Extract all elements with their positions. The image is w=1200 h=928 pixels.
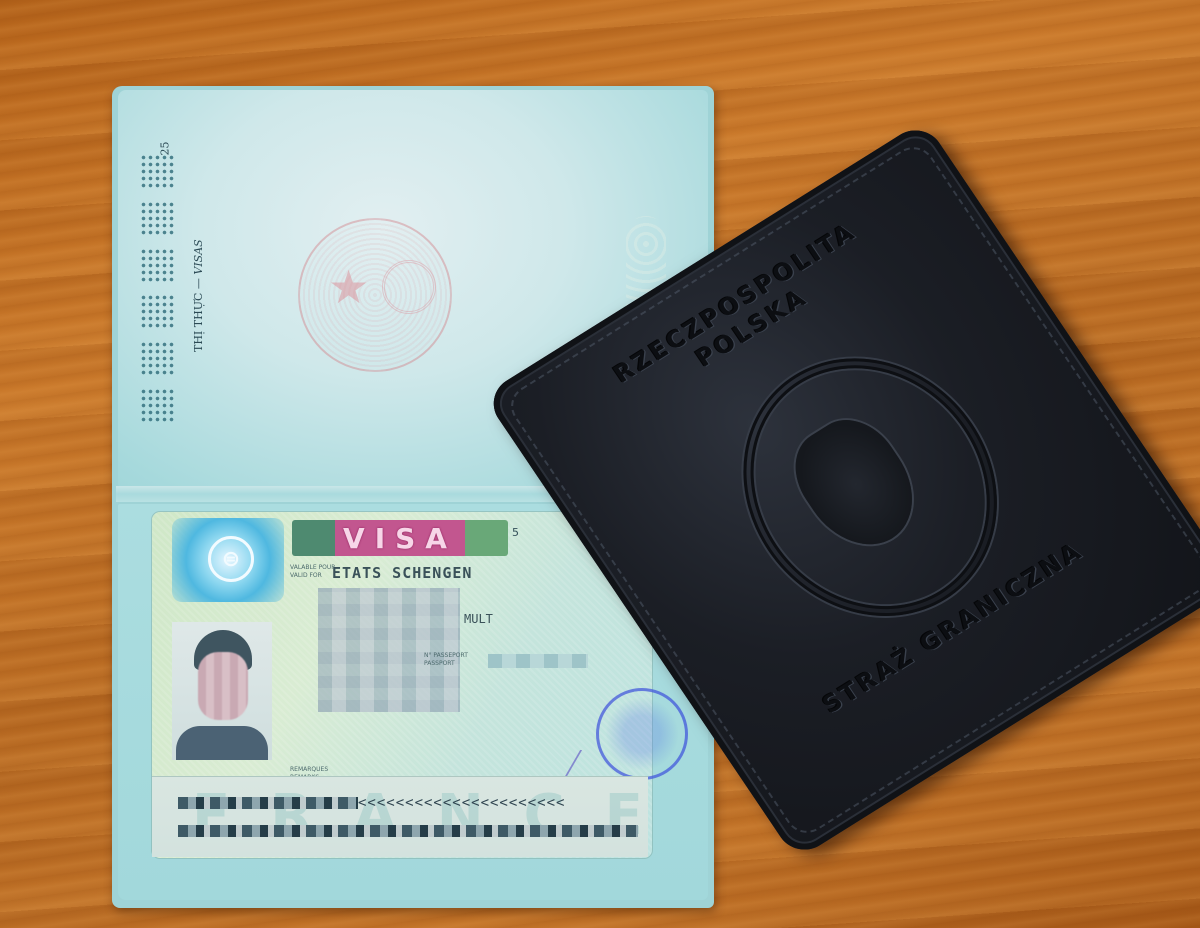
- page-heading-en: VISAS: [192, 239, 205, 274]
- gear-icon: [382, 260, 436, 314]
- holder-photo: [172, 622, 272, 760]
- mrz-line-2: [178, 823, 638, 839]
- perforation-digit: [140, 248, 176, 284]
- page-heading-vn: THỊ THỰC —: [192, 278, 205, 352]
- perforated-serial-number: [140, 154, 180, 424]
- remarks-label-fr: REMARQUES: [290, 766, 328, 774]
- entries-value: MULT: [464, 612, 493, 626]
- visa-header-text: VISA: [343, 522, 457, 555]
- vietnam-emblem-watermark-icon: ★: [298, 218, 452, 372]
- mrz-line-1: <<<<<<<<<<<<<<<<<<<<<<: [178, 795, 565, 811]
- mrz-redacted: [178, 825, 638, 837]
- valid-for-label-fr: VALABLE POUR: [290, 564, 335, 572]
- perforation-digit: [140, 294, 176, 330]
- perforation-digit: [140, 154, 176, 190]
- eu-hologram-logo-icon: ⊜: [208, 536, 254, 582]
- photo-face-blurred: [198, 652, 248, 720]
- page-heading: THỊ THỰC — VISAS: [192, 239, 205, 352]
- hologram: ⊜: [172, 518, 284, 602]
- valid-for-value: ETATS SCHENGEN: [332, 564, 472, 582]
- passport-number-label-en: PASSPORT: [424, 660, 468, 668]
- valid-for-label: VALABLE POUR VALID FOR: [290, 564, 335, 580]
- passport-number-label: N° PASSEPORT PASSPORT: [424, 652, 468, 668]
- perforation-digit: [140, 201, 176, 237]
- valid-for-label-en: VALID FOR: [290, 572, 335, 580]
- perforation-digit: [140, 388, 176, 424]
- perforation-digit: [140, 341, 176, 377]
- visa-header-banner: VISA: [292, 520, 508, 556]
- photo-shoulders: [176, 726, 268, 760]
- visa-number: 5: [512, 526, 519, 539]
- passport-number-label-fr: N° PASSEPORT: [424, 652, 468, 660]
- passport-number-redacted: [488, 654, 588, 668]
- machine-readable-zone: FRANCE <<<<<<<<<<<<<<<<<<<<<<: [152, 776, 648, 857]
- mrz-filler: <<<<<<<<<<<<<<<<<<<<<<: [358, 795, 565, 811]
- star-icon: ★: [328, 260, 369, 314]
- mrz-redacted: [178, 797, 358, 809]
- redacted-personal-data: [318, 588, 460, 712]
- eagle-icon: [777, 404, 935, 565]
- official-stamp-icon: [596, 688, 688, 780]
